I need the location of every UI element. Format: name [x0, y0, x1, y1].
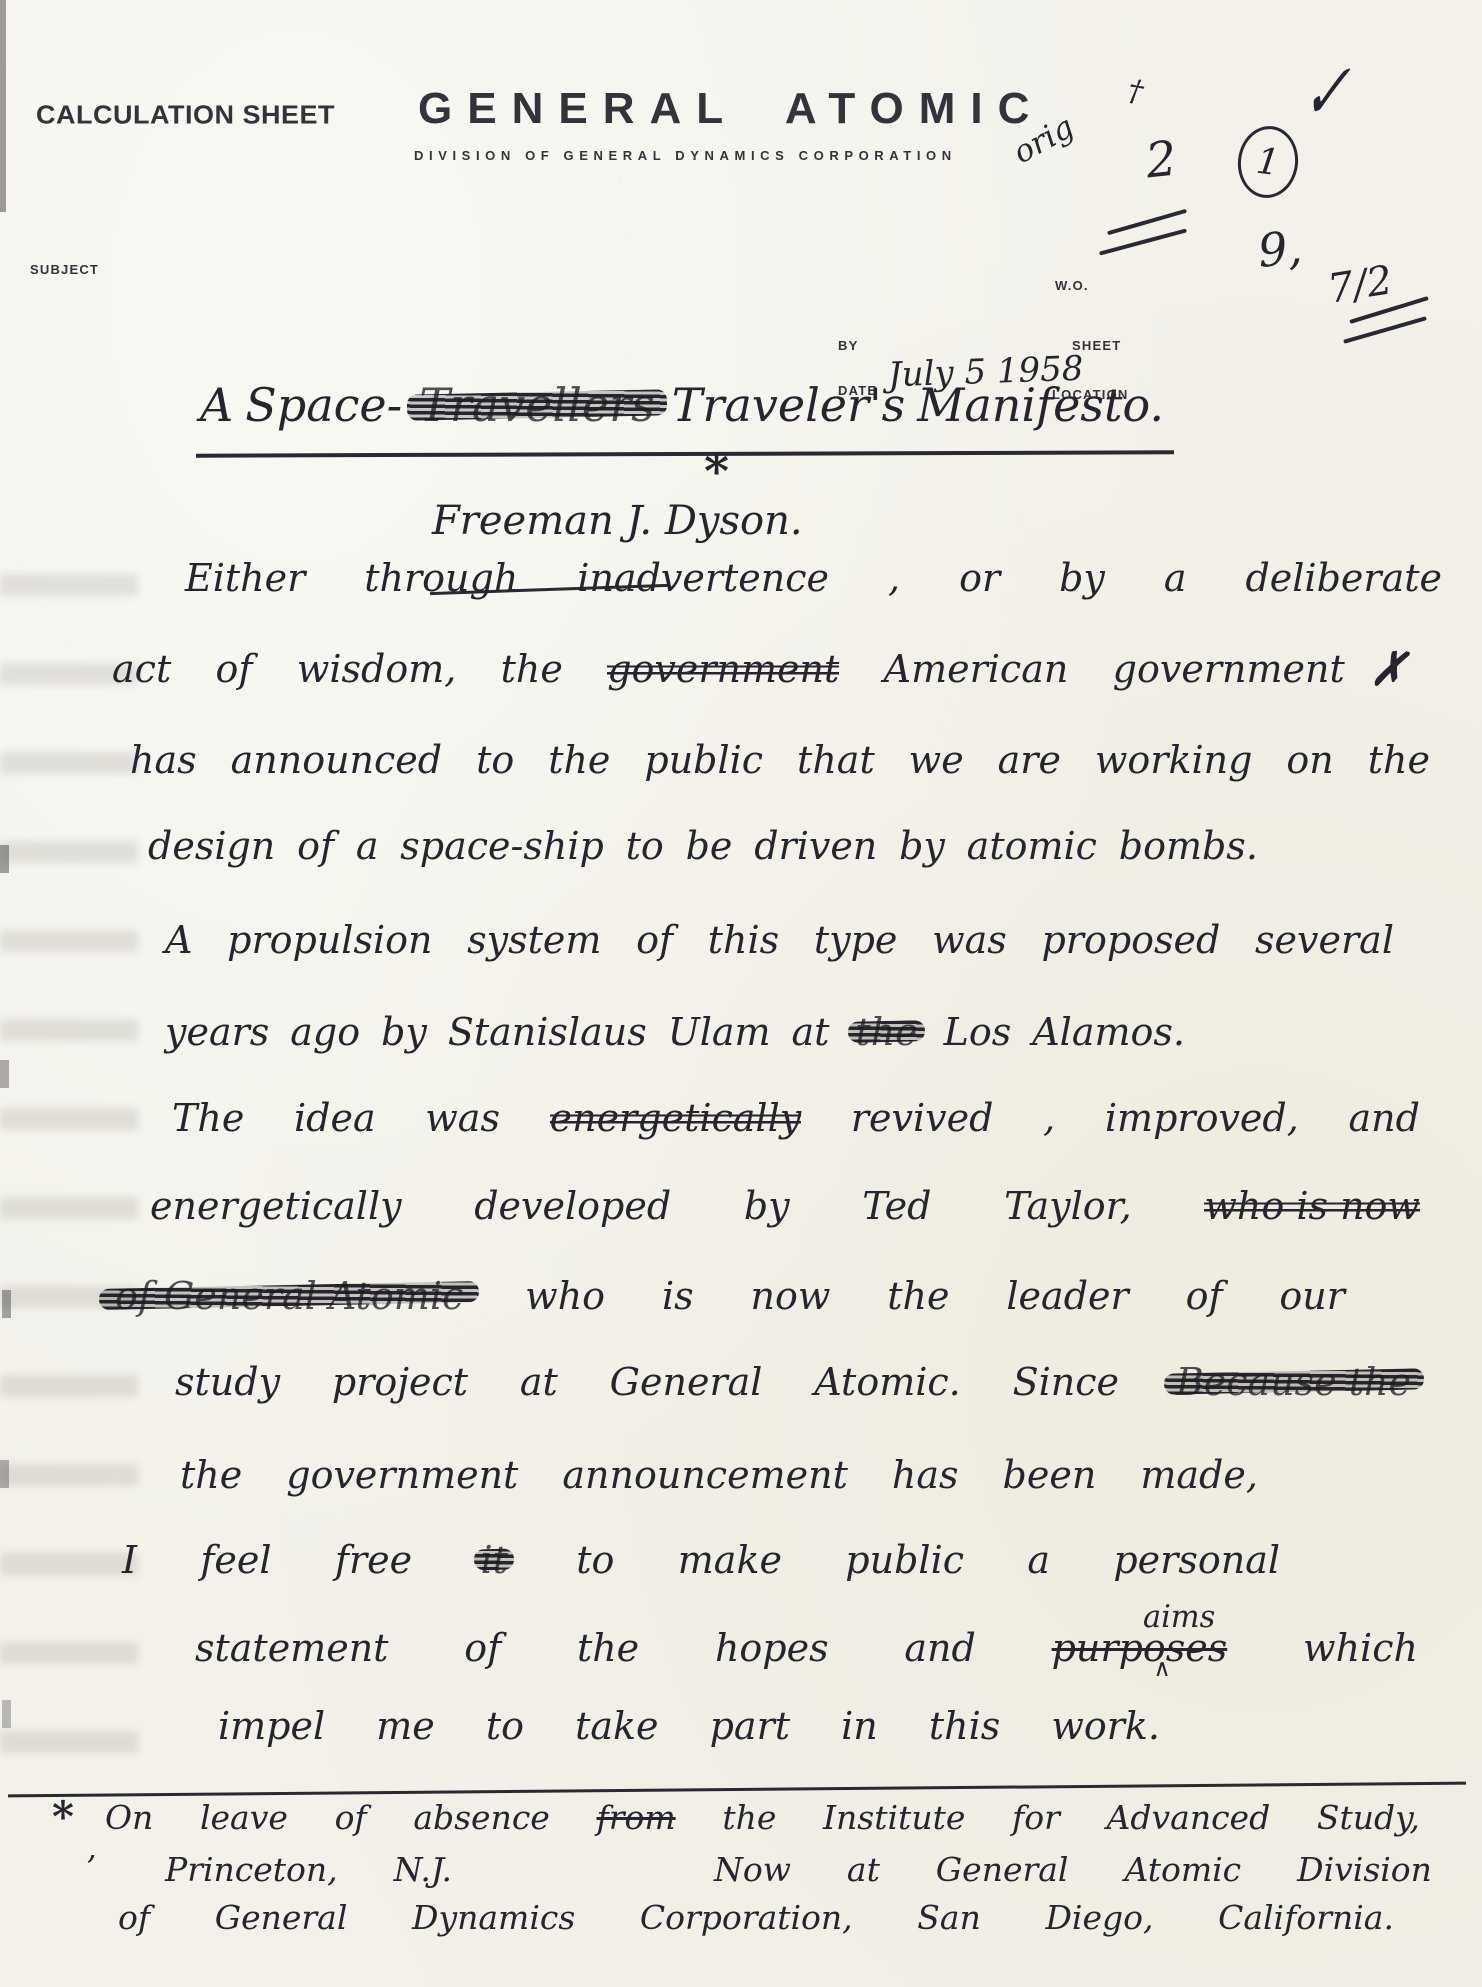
handwritten-word: work. — [1051, 1704, 1160, 1748]
handwritten-word: General — [936, 1850, 1069, 1889]
handwritten-word: On — [105, 1798, 153, 1837]
handwritten-word: was — [425, 1096, 500, 1140]
handwritten-word: of — [335, 1798, 367, 1837]
handwritten-word: several — [1255, 918, 1394, 962]
dagger-mark: † — [1125, 73, 1146, 110]
handwritten-word: absence — [413, 1798, 550, 1837]
handwritten-word: revived — [851, 1096, 994, 1140]
calculation-sheet-page: CALCULATION SHEET GENERAL ATOMIC DIVISIO… — [0, 0, 1482, 1987]
struck-word-with-insert: purposesaims∧ — [1052, 1626, 1228, 1670]
handwritten-word: The — [172, 1096, 244, 1140]
handwritten-word: free — [335, 1538, 412, 1582]
handwritten-word: to — [486, 1704, 524, 1748]
handwritten-word: Advanced — [1107, 1798, 1271, 1837]
struck-out-text: who is now — [1204, 1184, 1420, 1228]
handwritten-word: take — [575, 1704, 658, 1748]
handwritten-word: hopes — [715, 1626, 829, 1670]
handwritten-word: that — [797, 738, 875, 782]
handwritten-word: by — [744, 1184, 790, 1228]
handwritten-word: General — [610, 1360, 763, 1404]
handwritten-word: to — [576, 1538, 614, 1582]
footnote-asterisk: * — [52, 1792, 74, 1841]
footnote-line: OnleaveofabsencefromtheInstituteforAdvan… — [105, 1798, 1420, 1837]
bleed-through-ghost-text — [0, 540, 138, 1810]
handwritten-word: design — [148, 824, 275, 868]
handwritten-word: Now — [714, 1850, 791, 1889]
handwritten-word: project — [332, 1360, 468, 1404]
handwritten-word: Since — [1013, 1360, 1119, 1404]
manuscript-line: Apropulsionsystemofthistypewasproposedse… — [165, 918, 1394, 990]
handwritten-word: Diego, — [1045, 1898, 1153, 1937]
handwritten-word: of — [118, 1898, 150, 1937]
handwritten-word: personal — [1113, 1538, 1280, 1582]
handwritten-word: Alamos. — [1032, 1010, 1185, 1054]
handwritten-word: and — [904, 1626, 975, 1670]
handwritten-word: announcement — [562, 1453, 847, 1497]
handwritten-word: Los — [944, 1010, 1012, 1054]
handwritten-word: , — [888, 556, 900, 600]
handwritten-word: system — [467, 918, 601, 962]
manuscript-line: actofwisdom,thegovernmentAmericangovernm… — [112, 646, 1405, 718]
handwritten-word: me — [376, 1704, 435, 1748]
struck-out-text: energetically — [550, 1096, 802, 1140]
manuscript-line: Ifeelfreeittomakepublicapersonal — [122, 1538, 1280, 1610]
handwritten-word: N.J. — [394, 1850, 452, 1889]
manuscript-title: ASpace-TravellersTraveler'sManifesto. — [200, 378, 1164, 432]
manuscript-line: thegovernmentannouncementhasbeenmade, — [180, 1453, 1258, 1525]
handwritten-word: San — [917, 1898, 981, 1937]
footnote-tick-mark: ’ — [86, 1848, 96, 1886]
handwritten-word: of — [216, 647, 253, 691]
handwritten-word: Study, — [1317, 1798, 1420, 1837]
handwritten-word: Atomic. — [814, 1360, 960, 1404]
handwritten-word: of — [636, 918, 673, 962]
struck-out-text: from — [597, 1798, 676, 1837]
handwritten-word: the — [180, 1453, 242, 1497]
manuscript-line: yearsagobyStanislausUlamattheLosAlamos. — [165, 1010, 1185, 1082]
number-nine-annotation: 9, — [1256, 220, 1304, 278]
handwritten-word: of — [297, 824, 334, 868]
handwritten-word: public — [644, 738, 763, 782]
handwritten-word: Atomic — [1124, 1850, 1241, 1889]
handwritten-word: at — [520, 1360, 558, 1404]
handwritten-word: announced — [231, 738, 443, 782]
handwritten-word: we — [909, 738, 964, 782]
handwritten-word: has — [130, 738, 197, 782]
handwritten-word: inadvertence — [577, 556, 829, 600]
handwritten-word: ago — [290, 1010, 360, 1054]
manuscript-line: impelmetotakepartinthiswork. — [218, 1704, 1160, 1776]
scribbled-out-title-word: Travellers — [414, 378, 660, 432]
handwritten-word: leader — [1006, 1274, 1128, 1318]
manuscript-line: Eitherthroughinadvertence,orbyadeliberat… — [185, 556, 1442, 628]
handwritten-word: make — [678, 1538, 782, 1582]
handwritten-word: public — [845, 1538, 964, 1582]
footnote-separator-line — [8, 1782, 1466, 1798]
handwritten-word: to — [626, 824, 664, 868]
handwritten-word: feel — [200, 1538, 271, 1582]
handwritten-word: was — [932, 918, 1007, 962]
handwritten-word: made, — [1140, 1453, 1258, 1497]
handwritten-word: of — [464, 1626, 501, 1670]
handwritten-word: Ulam — [668, 1010, 771, 1054]
handwritten-word: for — [1012, 1798, 1060, 1837]
handwritten-word: been — [1003, 1453, 1097, 1497]
handwritten-word: by — [1059, 556, 1105, 600]
handwritten-word: proposed — [1041, 918, 1220, 962]
handwritten-word: the — [501, 647, 563, 691]
handwritten-word: a — [356, 824, 379, 868]
insert-caret: ∧ — [1153, 1654, 1170, 1682]
title-underline — [196, 450, 1174, 457]
handwritten-word: this — [929, 1704, 1000, 1748]
handwritten-word: in — [841, 1704, 878, 1748]
handwritten-word: on — [1286, 738, 1333, 782]
bleed-through-edge-marks — [0, 845, 9, 873]
handwritten-word: atomic — [967, 824, 1097, 868]
handwritten-word: propulsion — [227, 918, 432, 962]
handwritten-word: General — [215, 1898, 348, 1937]
manuscript-line: studyprojectatGeneralAtomic.SinceBecause… — [175, 1360, 1416, 1432]
handwritten-word: study — [175, 1360, 280, 1404]
handwritten-word: Either — [185, 556, 305, 600]
handwritten-word: working — [1095, 738, 1253, 782]
author-byline: Freeman J. Dyson. — [432, 498, 803, 544]
handwritten-word: , — [1043, 1096, 1055, 1140]
handwritten-word: Taylor, — [1004, 1184, 1132, 1228]
handwritten-word: impel — [218, 1704, 325, 1748]
subject-label: SUBJECT — [30, 262, 99, 277]
footnote-line: Princeton,N.J.NowatGeneralAtomicDivision — [165, 1850, 1432, 1889]
handwritten-word: through — [364, 556, 518, 600]
handwritten-word: American — [884, 647, 1069, 691]
handwritten-word: the — [548, 738, 610, 782]
handwritten-word: Princeton, — [165, 1850, 338, 1889]
handwritten-word: by — [899, 824, 945, 868]
handwritten-word: a — [1027, 1538, 1050, 1582]
manuscript-line: hasannouncedtothepublicthatweareworkingo… — [130, 738, 1430, 810]
handwritten-word: of — [1186, 1274, 1223, 1318]
handwritten-word: be — [686, 824, 733, 868]
handwritten-word: government — [286, 1453, 518, 1497]
by-label: BY — [838, 338, 858, 353]
handwritten-word: is — [662, 1274, 694, 1318]
handwritten-word: has — [892, 1453, 959, 1497]
byline-asterisk: * — [704, 444, 729, 500]
fraction-annotation: 7/2 — [1325, 257, 1396, 313]
handwritten-word: I — [122, 1538, 137, 1582]
handwritten-word: Corporation, — [640, 1898, 853, 1937]
scribbled-out-text: it — [475, 1538, 512, 1582]
handwritten-word: driven — [754, 824, 877, 868]
title-word: Space- — [245, 378, 402, 432]
handwritten-word: at — [792, 1010, 830, 1054]
handwritten-word: leave — [200, 1798, 288, 1837]
title-word: Manifesto. — [917, 378, 1164, 432]
company-name: GENERAL ATOMIC — [418, 84, 1044, 134]
struck-out-text: government — [607, 647, 839, 691]
handwritten-word: or — [959, 556, 1000, 600]
manuscript-line: Theideawasenergeticallyrevived,improved,… — [172, 1096, 1420, 1168]
check-mark: ✓ — [1301, 49, 1351, 137]
handwritten-word: government — [1113, 647, 1345, 691]
manuscript-line: statementofthehopesandpurposesaims∧which — [195, 1626, 1418, 1698]
handwritten-word: the — [577, 1626, 639, 1670]
handwritten-word: deliberate — [1245, 556, 1442, 600]
handwritten-word: act — [112, 647, 171, 691]
handwritten-word: who — [525, 1274, 605, 1318]
handwritten-word: statement — [195, 1626, 388, 1670]
handwritten-word: part — [710, 1704, 790, 1748]
circled-page-number: 1 — [1234, 123, 1302, 202]
handwritten-word: Dynamics — [412, 1898, 575, 1937]
scribbled-out-text: Because the — [1171, 1360, 1416, 1404]
handwritten-word: the — [1368, 738, 1430, 782]
handwritten-word: idea — [294, 1096, 376, 1140]
handwritten-word: Institute — [823, 1798, 965, 1837]
handwritten-word: the — [887, 1274, 949, 1318]
wo-label: W.O. — [1055, 278, 1089, 293]
handwritten-word: Division — [1297, 1850, 1432, 1889]
figure-number-annotation: 2 — [1143, 131, 1179, 190]
handwritten-word: Stanislaus — [448, 1010, 647, 1054]
scribbled-out-text: the — [850, 1010, 922, 1054]
handwritten-word: a — [1164, 556, 1187, 600]
title-word: Traveler's — [672, 378, 905, 432]
handwritten-word: improved, — [1105, 1096, 1299, 1140]
inserted-word: aims — [1143, 1600, 1215, 1635]
handwritten-word: wisdom, — [297, 647, 457, 691]
footnote-line: ofGeneralDynamicsCorporation,SanDiego,Ca… — [118, 1898, 1394, 1937]
handwritten-word: our — [1279, 1274, 1345, 1318]
title-word: A — [200, 378, 233, 432]
scan-edge-artifact — [0, 0, 6, 212]
handwritten-word: which — [1303, 1626, 1418, 1670]
scribbled-out-text: of General Atomic — [110, 1274, 468, 1318]
handwritten-word: at — [847, 1850, 880, 1889]
handwritten-word: years — [165, 1010, 269, 1054]
handwritten-word: to — [476, 738, 514, 782]
doc-type-label: CALCULATION SHEET — [36, 101, 335, 131]
handwritten-word: Ted — [862, 1184, 931, 1228]
handwritten-word: space-ship — [400, 824, 604, 868]
handwritten-word: and — [1348, 1096, 1419, 1140]
division-line: DIVISION OF GENERAL DYNAMICS CORPORATION — [414, 148, 957, 163]
handwritten-word: the — [722, 1798, 776, 1837]
manuscript-line: of General Atomicwhoisnowtheleaderofour — [110, 1274, 1345, 1346]
handwritten-word: type — [814, 918, 898, 962]
handwritten-word: California. — [1218, 1898, 1394, 1937]
handwritten-word: are — [998, 738, 1061, 782]
scribble-mark: ✗ — [1368, 636, 1410, 701]
handwritten-word: now — [751, 1274, 831, 1318]
handwritten-word: developed — [474, 1184, 671, 1228]
handwritten-word: energetically — [150, 1184, 402, 1228]
handwritten-word: by — [381, 1010, 427, 1054]
manuscript-line: designofaspace-shiptobedrivenbyatomicbom… — [148, 824, 1258, 896]
handwritten-word: this — [708, 918, 779, 962]
manuscript-line: energeticallydevelopedbyTedTaylor,who is… — [150, 1184, 1420, 1256]
handwritten-word: A — [165, 918, 192, 962]
handwritten-word: bombs. — [1119, 824, 1258, 868]
